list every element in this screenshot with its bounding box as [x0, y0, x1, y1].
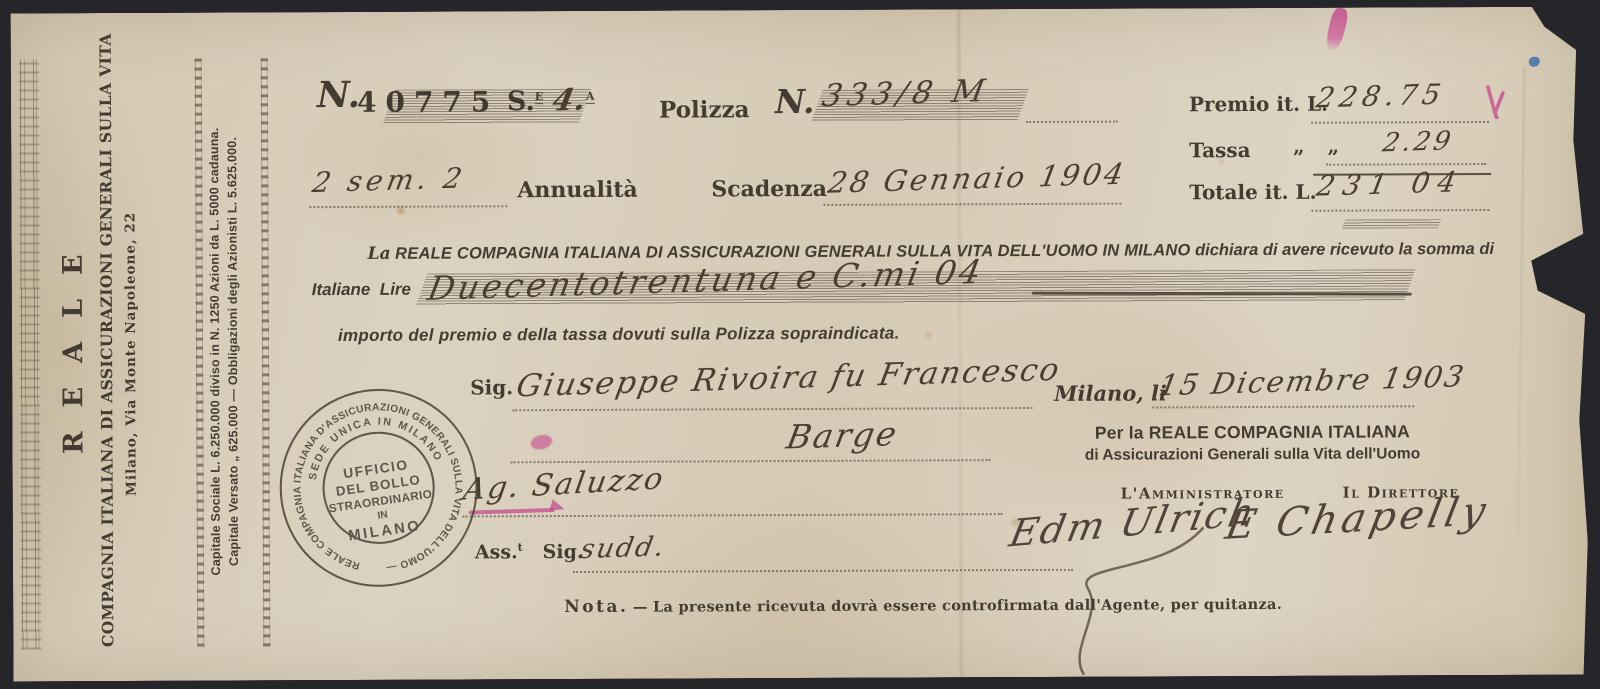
scadenza-label: Scadenza: [711, 176, 827, 203]
scanned-receipt-screenshot: { "colors":{"paper":"#d8cdba","ink":"#3c…: [0, 0, 1600, 689]
nota-label: Nota.: [564, 597, 628, 617]
polizza-label: Polizza: [659, 96, 750, 123]
counterfoil-ornament-border: [19, 59, 42, 649]
agency-dotted-line: [463, 513, 1003, 517]
declaration-prefix: La: [368, 244, 391, 264]
pink-check-mark: [1485, 85, 1507, 119]
residence-dotted-line: [511, 459, 991, 463]
per-company-line1: Per la REALE COMPAGNIA ITALIANA: [1042, 421, 1462, 444]
premio-label: Premio it. L.: [1189, 92, 1328, 117]
nota-text: — La presente ricevuta dovrà essere cont…: [633, 596, 1282, 616]
foxing-spot: [449, 179, 457, 186]
series-letter: S.: [507, 86, 535, 117]
capital-line-2: Capitale Versato „ 625.000 — Obbligazion…: [225, 60, 242, 642]
insured-name-handwritten: Giuseppe Rivoira fu Francesco: [513, 352, 1063, 405]
scadenza-value-handwritten: 28 Gennaio 1904: [825, 157, 1129, 200]
foxing-spot: [924, 331, 933, 339]
foxing-spot: [1009, 517, 1022, 528]
annuity-dotted-line: [309, 205, 507, 208]
stamp-center-line5: MILANO: [347, 518, 422, 544]
declaration-suffix: dichiara di avere ricevuto la somma di: [1195, 240, 1494, 259]
foxing-spot: [395, 206, 406, 216]
receipt-number-label: N.: [317, 74, 360, 116]
nota-line: Nota. — La presente ricevuta dovrà esser…: [333, 593, 1513, 618]
capital-divider-left: [195, 59, 205, 647]
tassa-value-handwritten: 2.29: [1380, 126, 1456, 158]
counterfoil-brand-column: REALE COMPAGNIA ITALIANA DI ASSICURAZION…: [57, 61, 174, 647]
purpose-line: importo del premio e della tassa dovuti …: [338, 324, 900, 346]
ass-label-sup: t: [518, 541, 523, 554]
polizza-value-handwritten: 333/8 M: [819, 73, 992, 114]
counterfoil-brand: REALE: [57, 61, 91, 647]
capital-divider-right: [261, 58, 271, 646]
residence-handwritten: Barge: [784, 414, 902, 456]
scadenza-dotted-line: [823, 203, 1121, 206]
date-dotted-line: [1152, 405, 1414, 408]
polizza-dotted-line: [1026, 121, 1118, 123]
ass-value-handwritten: sudd.: [578, 531, 668, 565]
currency-label: Italiane Lire: [312, 280, 411, 300]
receipt-number-value: 40775: [357, 85, 500, 119]
totale-label: Totale it. L.: [1189, 180, 1316, 205]
ass-label-post: Sig.: [543, 541, 584, 563]
agency-handwritten: Ag. Saluzzo: [461, 461, 667, 507]
issue-date-handwritten: 15 Dicembre 1903: [1156, 359, 1468, 402]
totale-dotted-line: [1311, 209, 1489, 212]
annuity-label: Annualità: [517, 177, 638, 204]
premio-dotted-line: [1311, 121, 1489, 124]
sig-label: Sig.: [470, 375, 513, 399]
counterfoil-company: COMPAGNIA ITALIANA DI ASSICURAZIONI GENE…: [96, 61, 118, 647]
foxing-spot: [1217, 158, 1225, 165]
bollo-stamp: REALE COMPAGNIA ITALIANA D'ASSICURAZIONI…: [261, 370, 497, 606]
tassa-ditto-marks: „ „: [1293, 134, 1347, 158]
pink-edge-mark: [1324, 6, 1350, 53]
ass-dotted-line: [573, 569, 1073, 573]
totale-hatch-mark: [1342, 219, 1441, 228]
stamp-center-line4: IN: [377, 509, 389, 521]
capital-line-1: Capitale Sociale L. 6.250.000 diviso in …: [207, 61, 224, 643]
premio-value-handwritten: 228.75: [1314, 78, 1449, 115]
paper-crease: [1517, 67, 1526, 535]
place-date-label: Milano, li: [1054, 380, 1167, 405]
counterfoil-address: Milano, Via Monte Napoleone, 22: [122, 61, 141, 647]
series-exponent: E: [535, 90, 543, 104]
annuity-value-handwritten: 2 sem. 2: [310, 161, 469, 199]
sig-dotted-line: [512, 407, 1032, 411]
totale-value-handwritten: 231 04: [1314, 165, 1467, 202]
series-label: S.E 4.A: [507, 83, 595, 118]
pink-smudge: [529, 433, 553, 451]
per-company-block: Per la REALE COMPAGNIA ITALIANA di Assic…: [1042, 421, 1462, 465]
polizza-n-label: N.: [775, 82, 815, 121]
per-company-line2: di Assicurazioni Generali sulla Vita del…: [1042, 445, 1462, 465]
series-number-handwritten: 4.: [549, 82, 589, 118]
blue-ink-dot: [1529, 57, 1540, 67]
capital-column: Capitale Sociale L. 6.250.000 diviso in …: [207, 60, 260, 642]
receipt-paper: REALE COMPAGNIA ITALIANA DI ASSICURAZION…: [11, 7, 1592, 682]
